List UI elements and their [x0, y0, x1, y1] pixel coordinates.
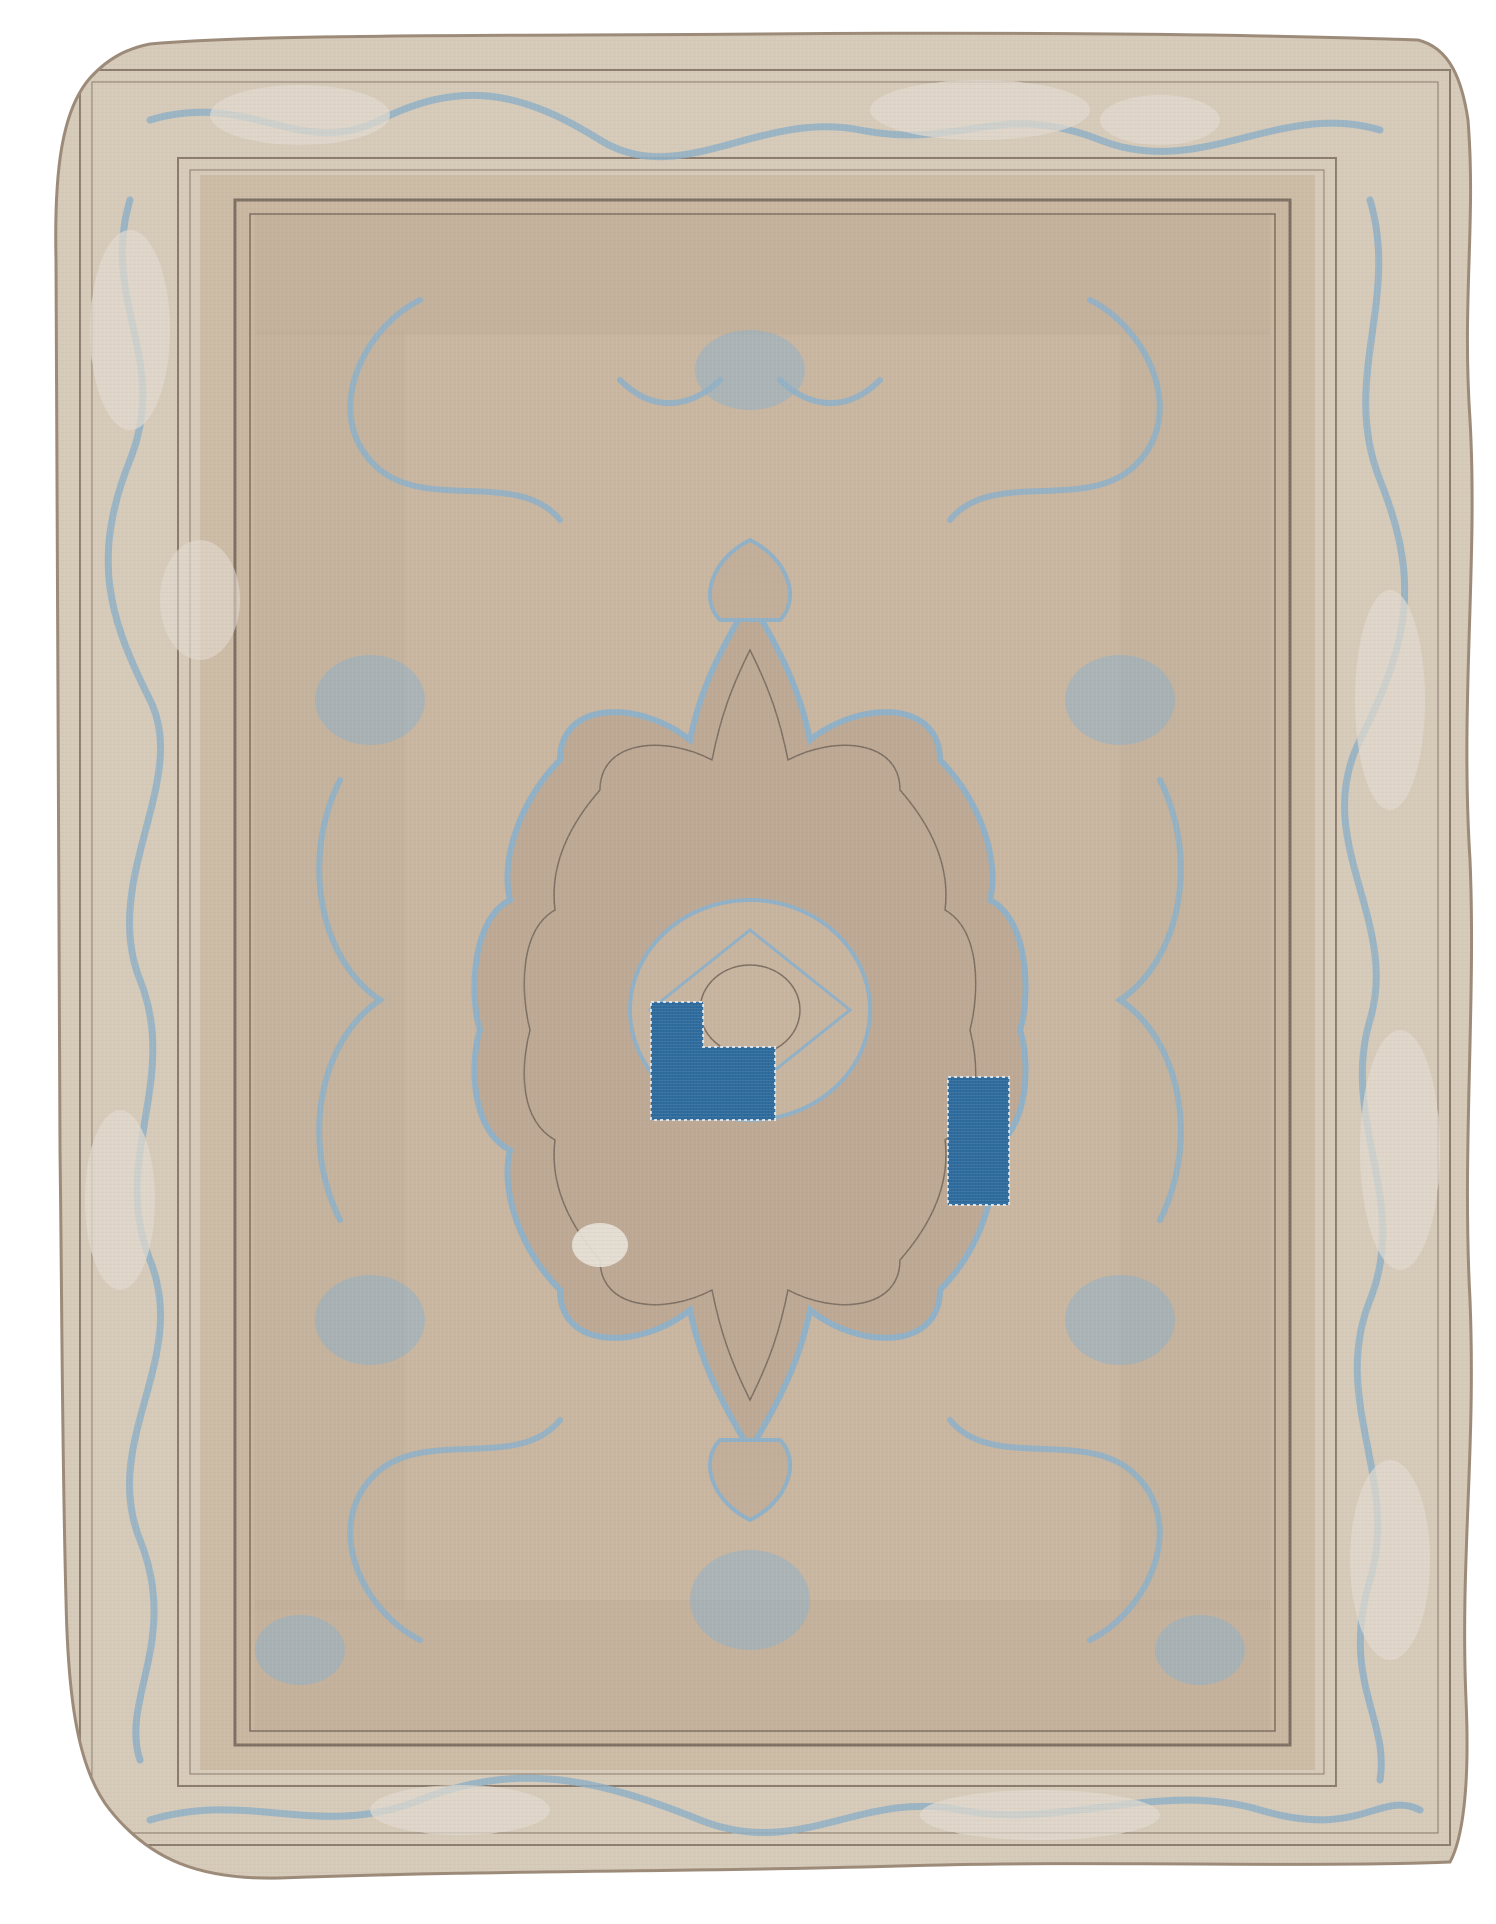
weave-texture — [0, 0, 1496, 1924]
rug-photo — [0, 0, 1496, 1924]
rug-body — [0, 0, 1496, 1924]
right-patch-texture — [948, 1077, 1009, 1205]
rug-illustration — [0, 0, 1496, 1924]
